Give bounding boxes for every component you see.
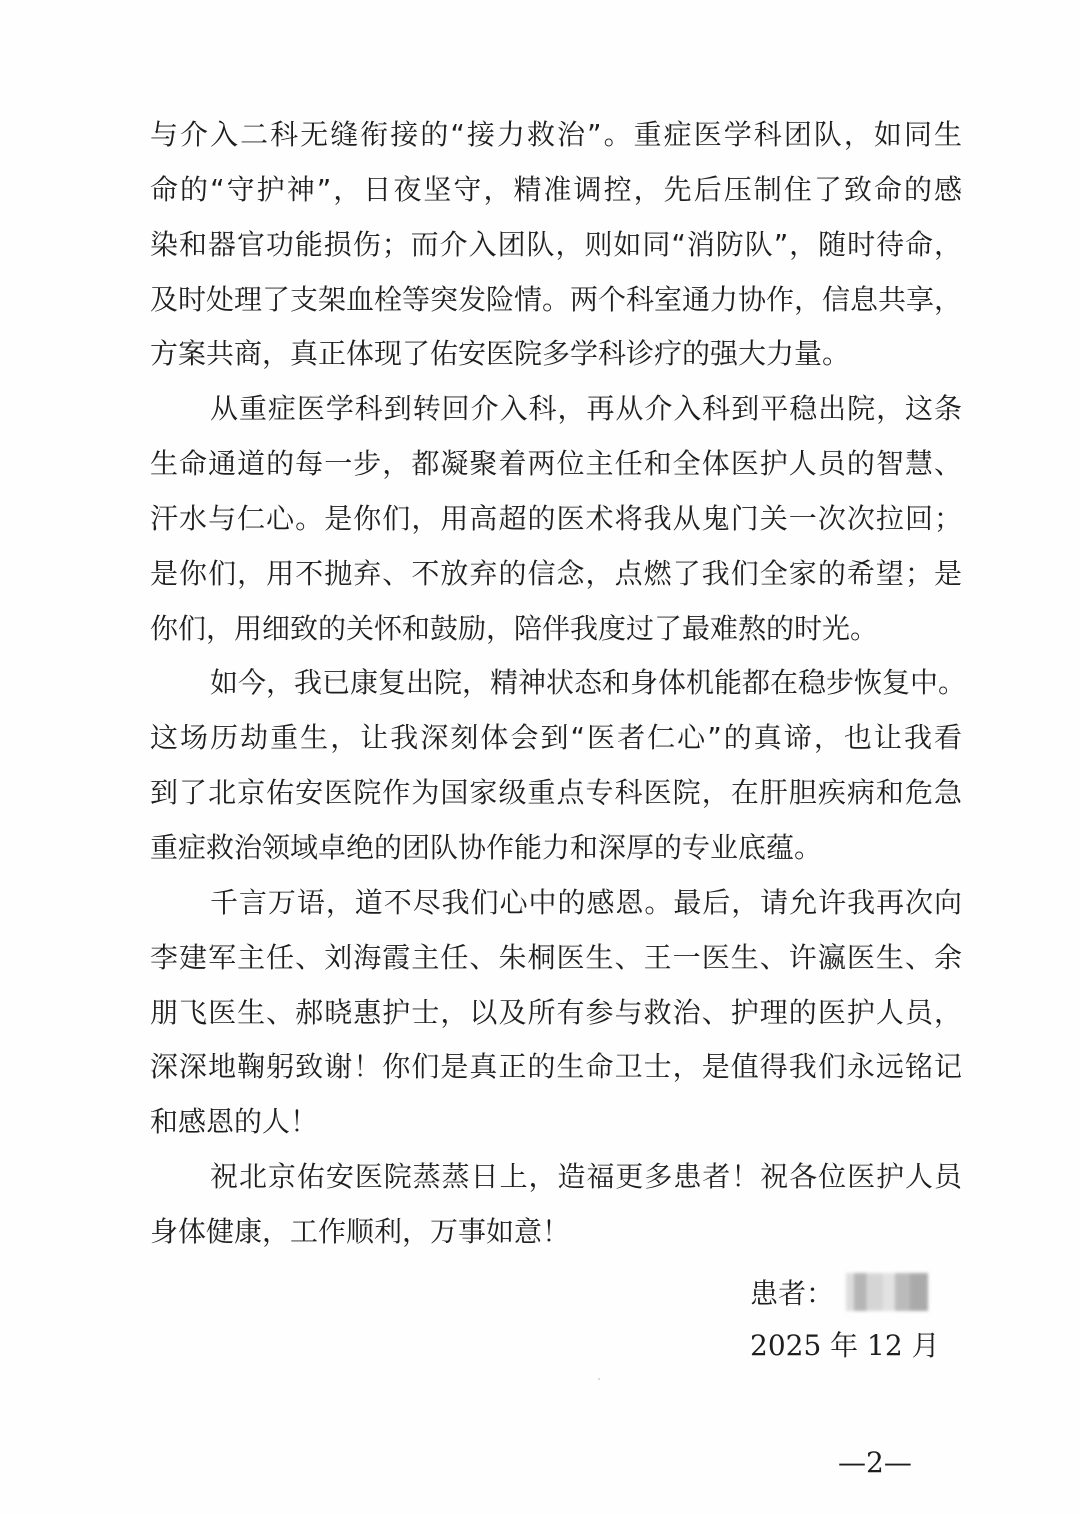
text-line: 祝北京佑安医院蒸蒸日上，造福更多患者！祝各位医护人员 xyxy=(150,1150,962,1205)
signature-block: 患者： 2025 年 12 月 xyxy=(750,1265,940,1373)
text-line: 身体健康，工作顺利，万事如意！ xyxy=(150,1205,962,1260)
text-line: 生命通道的每一步，都凝聚着两位主任和全体医护人员的智慧、 xyxy=(150,437,962,492)
text-line: 从重症医学科到转回介入科，再从介入科到平稳出院，这条 xyxy=(150,382,962,437)
text-line: 你们，用细致的关怀和鼓励，陪伴我度过了最难熬的时光。 xyxy=(150,602,962,657)
text-line: 及时处理了支架血栓等突发险情。两个科室通力协作，信息共享， xyxy=(150,273,962,328)
text-line: 命的“守护神”，日夜坚守，精准调控，先后压制住了致命的感 xyxy=(150,163,962,218)
text-line: 这场历劫重生，让我深刻体会到“医者仁心”的真谛，也让我看 xyxy=(150,711,962,766)
text-line: 与介入二科无缝衔接的“接力救治”。重症医学科团队，如同生 xyxy=(150,108,962,163)
patient-label: 患者： xyxy=(750,1272,834,1312)
letter-body: 与介入二科无缝衔接的“接力救治”。重症医学科团队，如同生 命的“守护神”，日夜坚… xyxy=(150,108,962,1260)
patient-signature: 患者： xyxy=(750,1265,940,1319)
text-line: 到了北京佑安医院作为国家级重点专科医院，在肝胆疾病和危急 xyxy=(150,766,962,821)
page-number: —2— xyxy=(838,1446,912,1479)
text-line: 汗水与仁心。是你们，用高超的医术将我从鬼门关一次次拉回； xyxy=(150,492,962,547)
letter-page: 与介入二科无缝衔接的“接力救治”。重症医学科团队，如同生 命的“守护神”，日夜坚… xyxy=(0,0,1080,1514)
text-line: 方案共商，真正体现了佑安医院多学科诊疗的强大力量。 xyxy=(150,327,962,382)
text-line: 重症救治领域卓绝的团队协作能力和深厚的专业底蕴。 xyxy=(150,821,962,876)
scan-speck xyxy=(598,1378,600,1380)
letter-date: 2025 年 12 月 xyxy=(750,1319,940,1373)
text-line: 是你们，用不抛弃、不放弃的信念，点燃了我们全家的希望；是 xyxy=(150,547,962,602)
text-line: 如今，我已康复出院，精神状态和身体机能都在稳步恢复中。 xyxy=(150,656,962,711)
redacted-name xyxy=(846,1273,928,1311)
text-line: 千言万语，道不尽我们心中的感恩。最后，请允许我再次向 xyxy=(150,876,962,931)
text-line: 李建军主任、刘海霞主任、朱桐医生、王一医生、许瀛医生、余 xyxy=(150,931,962,986)
text-line: 染和器官功能损伤；而介入团队，则如同“消防队”，随时待命， xyxy=(150,218,962,273)
text-line: 朋飞医生、郝晓惠护士，以及所有参与救治、护理的医护人员， xyxy=(150,986,962,1041)
text-line: 和感恩的人！ xyxy=(150,1095,962,1150)
text-line: 深深地鞠躬致谢！你们是真正的生命卫士，是值得我们永远铭记 xyxy=(150,1040,962,1095)
